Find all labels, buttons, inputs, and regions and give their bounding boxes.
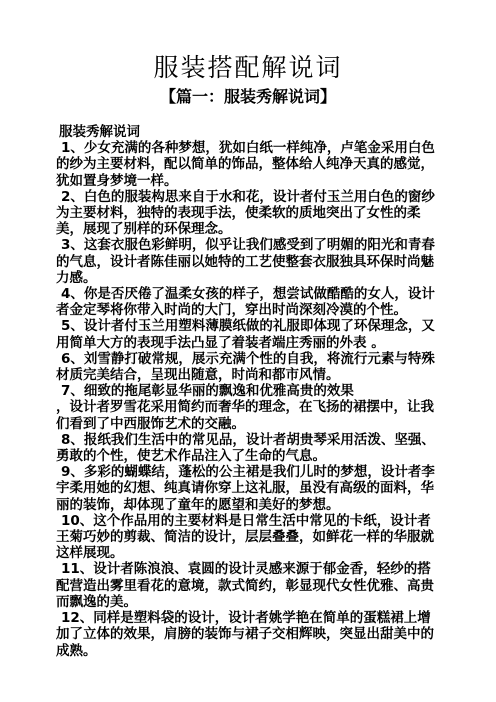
paragraph-12: 12、同样是塑料袋的设计，设计者姚学艳在简单的蛋糕裙上增加了立体的效果，肩膀的装… xyxy=(56,610,441,659)
document-page: 服装搭配解说词 【篇一：服装秀解说词】 服装秀解说词 1、少女充满的各种梦想，犹… xyxy=(0,0,496,702)
page-title: 服装搭配解说词 xyxy=(0,54,496,84)
paragraph-3: 3、这套衣服色彩鲜明，似乎让我们感受到了明媚的阳光和青春的气息，设计者陈佳丽以她… xyxy=(56,237,441,286)
paragraph-9: 9、多彩的蝴蝶结，蓬松的公主裙是我们儿时的梦想，设计者李宇柔用她的幻想、纯真请你… xyxy=(56,464,441,513)
paragraph-6: 6、刘雪静打破常规，展示充满个性的自我，将流行元素与特殊材质完美结合，呈现出随意… xyxy=(56,351,441,383)
paragraph-11: 11、设计者陈浪浪、袁圆的设计灵感来源于郁金香，轻纱的搭配营造出雾里看花的意境，… xyxy=(56,561,441,610)
section-subtitle: 【篇一：服装秀解说词】 xyxy=(0,88,496,107)
paragraph-5: 5、设计者付玉兰用塑料薄膜纸做的礼服即体现了环保理念，又用简单大方的表现手法凸显… xyxy=(56,318,441,350)
paragraph-7: 7、细致的拖尾彰显华丽的飘逸和优雅高贵的效果 ，设计者罗雪花采用简约而奢华的理念… xyxy=(56,383,441,432)
paragraph-1: 1、少女充满的各种梦想，犹如白纸一样纯净，卢笔金采用白色的纱为主要材料，配以简单… xyxy=(56,140,441,189)
document-body: 服装秀解说词 1、少女充满的各种梦想，犹如白纸一样纯净，卢笔金采用白色的纱为主要… xyxy=(56,124,441,659)
body-heading: 服装秀解说词 xyxy=(56,124,441,140)
paragraph-4: 4、你是否厌倦了温柔女孩的样子，想尝试做酷酷的女人，设计者金定琴将你带入时尚的大… xyxy=(56,286,441,318)
paragraph-2: 2、白色的服装构思来自于水和花，设计者付玉兰用白色的窗纱为主要材料，独特的表现手… xyxy=(56,189,441,238)
paragraph-10: 10、这个作品用的主要材料是日常生活中常见的卡纸，设计者王菊巧妙的剪裁、简洁的设… xyxy=(56,513,441,562)
paragraph-8: 8、报纸我们生活中的常见品，设计者胡贵琴采用活泼、坚强、勇敢的个性，使艺术作品注… xyxy=(56,432,441,464)
